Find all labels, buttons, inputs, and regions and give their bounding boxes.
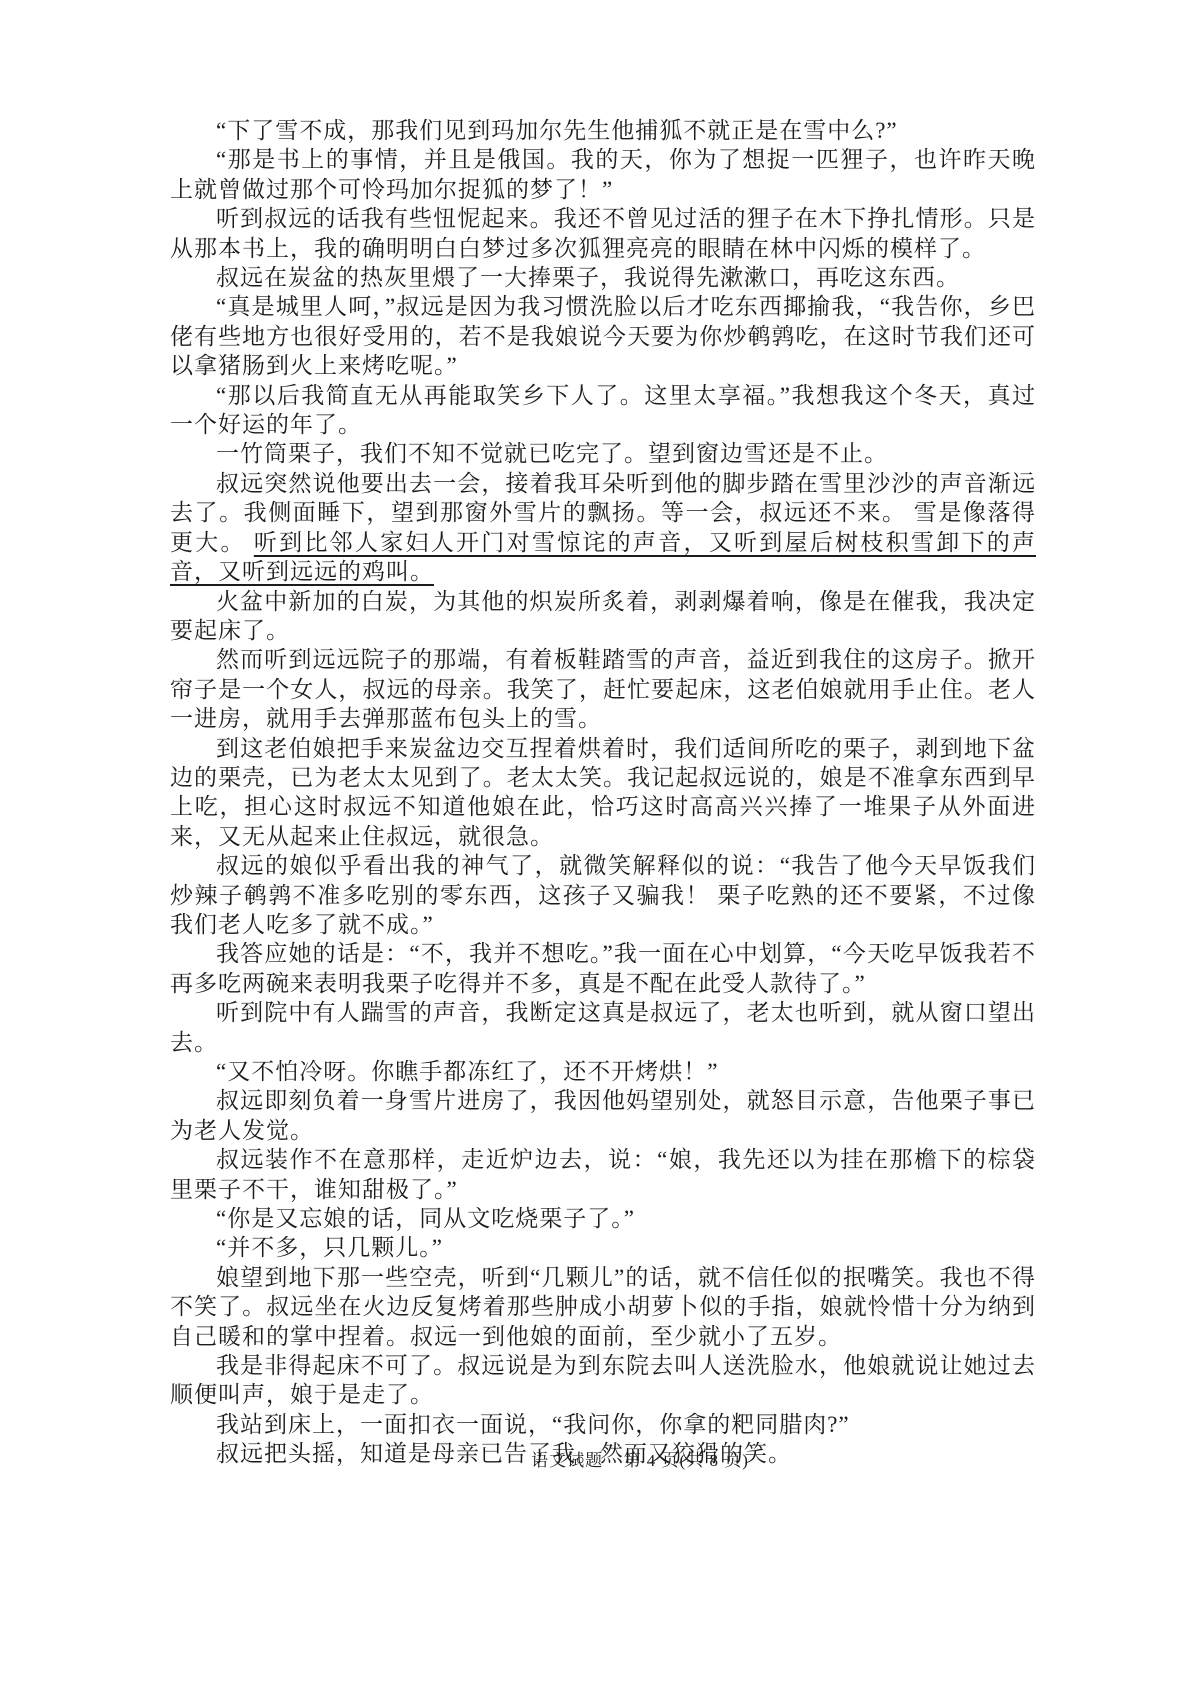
passage-paragraph: “又不怕冷呀。你瞧手都冻红了，还不开烤烘！”: [170, 1057, 1036, 1086]
text-segment: 我答应她的话是：“不，我并不想吃。”我一面在心中划算，“今天吃早饭我若不再多吃两…: [170, 941, 1036, 995]
passage-paragraph: 听到院中有人踹雪的声音，我断定这真是叔远了，老太也听到，就从窗口望出去。: [170, 998, 1036, 1057]
underlined-sentence: 听到比邻人家妇人开门对雪惊诧的声音，又听到屋后树枝积雪卸下的声音，又听到远远的鸡…: [170, 530, 1036, 584]
text-segment: “那以后我简直无从再能取笑乡下人了。这里太享福。”我想我这个冬天，真过一个好运的…: [170, 383, 1036, 437]
text-segment: 我站到床上，一面扣衣一面说，“我问你，你拿的粑同腊肉?”: [216, 1412, 850, 1437]
passage-paragraph: 到这老伯娘把手来炭盆边交互捏着烘着时，我们适间所吃的栗子，剥到地下盆边的栗壳，已…: [170, 734, 1036, 852]
passage-paragraph: “那以后我简直无从再能取笑乡下人了。这里太享福。”我想我这个冬天，真过一个好运的…: [170, 381, 1036, 440]
passage-paragraph: 听到叔远的话我有些忸怩起来。我还不曾见过活的狸子在木下挣扎情形。只是从那本书上，…: [170, 204, 1036, 263]
passage-paragraph: 叔远在炭盆的热灰里煨了一大捧栗子，我说得先漱漱口，再吃这东西。: [170, 263, 1036, 292]
passage-paragraph: 叔远的娘似乎看出我的神气了，就微笑解释似的说：“我告了他今天早饭我们炒辣子鹌鹑不…: [170, 851, 1036, 939]
text-segment: “又不怕冷呀。你瞧手都冻红了，还不开烤烘！”: [216, 1059, 718, 1084]
text-segment: “并不多，只几颗儿。”: [216, 1235, 443, 1260]
passage-text: “下了雪不成，那我们见到玛加尔先生他捕狐不就正是在雪中么?”“那是书上的事情，并…: [170, 116, 1036, 1469]
text-segment: 然而听到远远院子的那端，有着板鞋踏雪的声音，益近到我住的这房子。掀开帘子是一个女…: [170, 647, 1036, 731]
text-segment: “真是城里人呵，”叔远是因为我习惯洗脸以后才吃东西揶揄我，“我告你，乡巴佬有些地…: [170, 294, 1036, 378]
passage-paragraph: “并不多，只几颗儿。”: [170, 1233, 1036, 1262]
text-segment: “你是又忘娘的话，同从文吃烧栗子了。”: [216, 1206, 635, 1231]
passage-paragraph: “你是又忘娘的话，同从文吃烧栗子了。”: [170, 1204, 1036, 1233]
passage-paragraph: 娘望到地下那一些空壳，听到“几颗儿”的话，就不信任似的抿嘴笑。我也不得不笑了。叔…: [170, 1263, 1036, 1351]
text-segment: 叔远即刻负着一身雪片进房了，我因他妈望别处，就怒目示意，告他栗子事已为老人发觉。: [170, 1088, 1036, 1142]
page-footer: 语文试题第 4 页(共 8 页): [531, 1446, 749, 1471]
text-segment: 火盆中新加的白炭，为其他的炽炭所炙着，剥剥爆着响，像是在催我，我决定要起床了。: [170, 589, 1036, 643]
footer-doc-title: 语文试题: [531, 1451, 603, 1470]
text-segment: 我是非得起床不可了。叔远说是为到东院去叫人送洗脸水，他娘就说让她过去顺便叫声，娘…: [170, 1353, 1036, 1407]
passage-paragraph: 叔远装作不在意那样，走近炉边去，说：“娘，我先还以为挂在那檐下的棕袋里栗子不干，…: [170, 1145, 1036, 1204]
exam-page: “下了雪不成，那我们见到玛加尔先生他捕狐不就正是在雪中么?”“那是书上的事情，并…: [0, 0, 1200, 1697]
passage-paragraph: 叔远突然说他要出去一会，接着我耳朵听到他的脚步踏在雪里沙沙的声音渐远去了。我侧面…: [170, 469, 1036, 587]
passage-paragraph: 我是非得起床不可了。叔远说是为到东院去叫人送洗脸水，他娘就说让她过去顺便叫声，娘…: [170, 1351, 1036, 1410]
text-segment: 叔远装作不在意那样，走近炉边去，说：“娘，我先还以为挂在那檐下的棕袋里栗子不干，…: [170, 1147, 1036, 1201]
passage-paragraph: “下了雪不成，那我们见到玛加尔先生他捕狐不就正是在雪中么?”: [170, 116, 1036, 145]
passage-paragraph: 我答应她的话是：“不，我并不想吃。”我一面在心中划算，“今天吃早饭我若不再多吃两…: [170, 939, 1036, 998]
passage-paragraph: “那是书上的事情，并且是俄国。我的天，你为了想捉一匹狸子，也许昨天晚上就曾做过那…: [170, 145, 1036, 204]
text-segment: 叔远在炭盆的热灰里煨了一大捧栗子，我说得先漱漱口，再吃这东西。: [216, 265, 960, 290]
passage-paragraph: 我站到床上，一面扣衣一面说，“我问你，你拿的粑同腊肉?”: [170, 1410, 1036, 1439]
text-segment: 听到院中有人踹雪的声音，我断定这真是叔远了，老太也听到，就从窗口望出去。: [170, 1000, 1036, 1054]
passage-paragraph: 然而听到远远院子的那端，有着板鞋踏雪的声音，益近到我住的这房子。掀开帘子是一个女…: [170, 645, 1036, 733]
text-segment: 娘望到地下那一些空壳，听到“几颗儿”的话，就不信任似的抿嘴笑。我也不得不笑了。叔…: [170, 1265, 1036, 1349]
passage-paragraph: 叔远即刻负着一身雪片进房了，我因他妈望别处，就怒目示意，告他栗子事已为老人发觉。: [170, 1086, 1036, 1145]
text-segment: 叔远的娘似乎看出我的神气了，就微笑解释似的说：“我告了他今天早饭我们炒辣子鹌鹑不…: [170, 853, 1036, 937]
passage-paragraph: “真是城里人呵，”叔远是因为我习惯洗脸以后才吃东西揶揄我，“我告你，乡巴佬有些地…: [170, 292, 1036, 380]
footer-page-number: 第 4 页(共 8 页): [624, 1451, 749, 1470]
text-segment: 到这老伯娘把手来炭盆边交互捏着烘着时，我们适间所吃的栗子，剥到地下盆边的栗壳，已…: [170, 736, 1036, 849]
text-segment: 听到叔远的话我有些忸怩起来。我还不曾见过活的狸子在木下挣扎情形。只是从那本书上，…: [170, 206, 1036, 260]
passage-paragraph: 火盆中新加的白炭，为其他的炽炭所炙着，剥剥爆着响，像是在催我，我决定要起床了。: [170, 587, 1036, 646]
passage-paragraph: 一竹筒栗子，我们不知不觉就已吃完了。望到窗边雪还是不止。: [170, 439, 1036, 468]
text-segment: 一竹筒栗子，我们不知不觉就已吃完了。望到窗边雪还是不止。: [216, 441, 888, 466]
text-segment: “下了雪不成，那我们见到玛加尔先生他捕狐不就正是在雪中么?”: [216, 118, 898, 143]
text-segment: “那是书上的事情，并且是俄国。我的天，你为了想捉一匹狸子，也许昨天晚上就曾做过那…: [170, 147, 1036, 201]
